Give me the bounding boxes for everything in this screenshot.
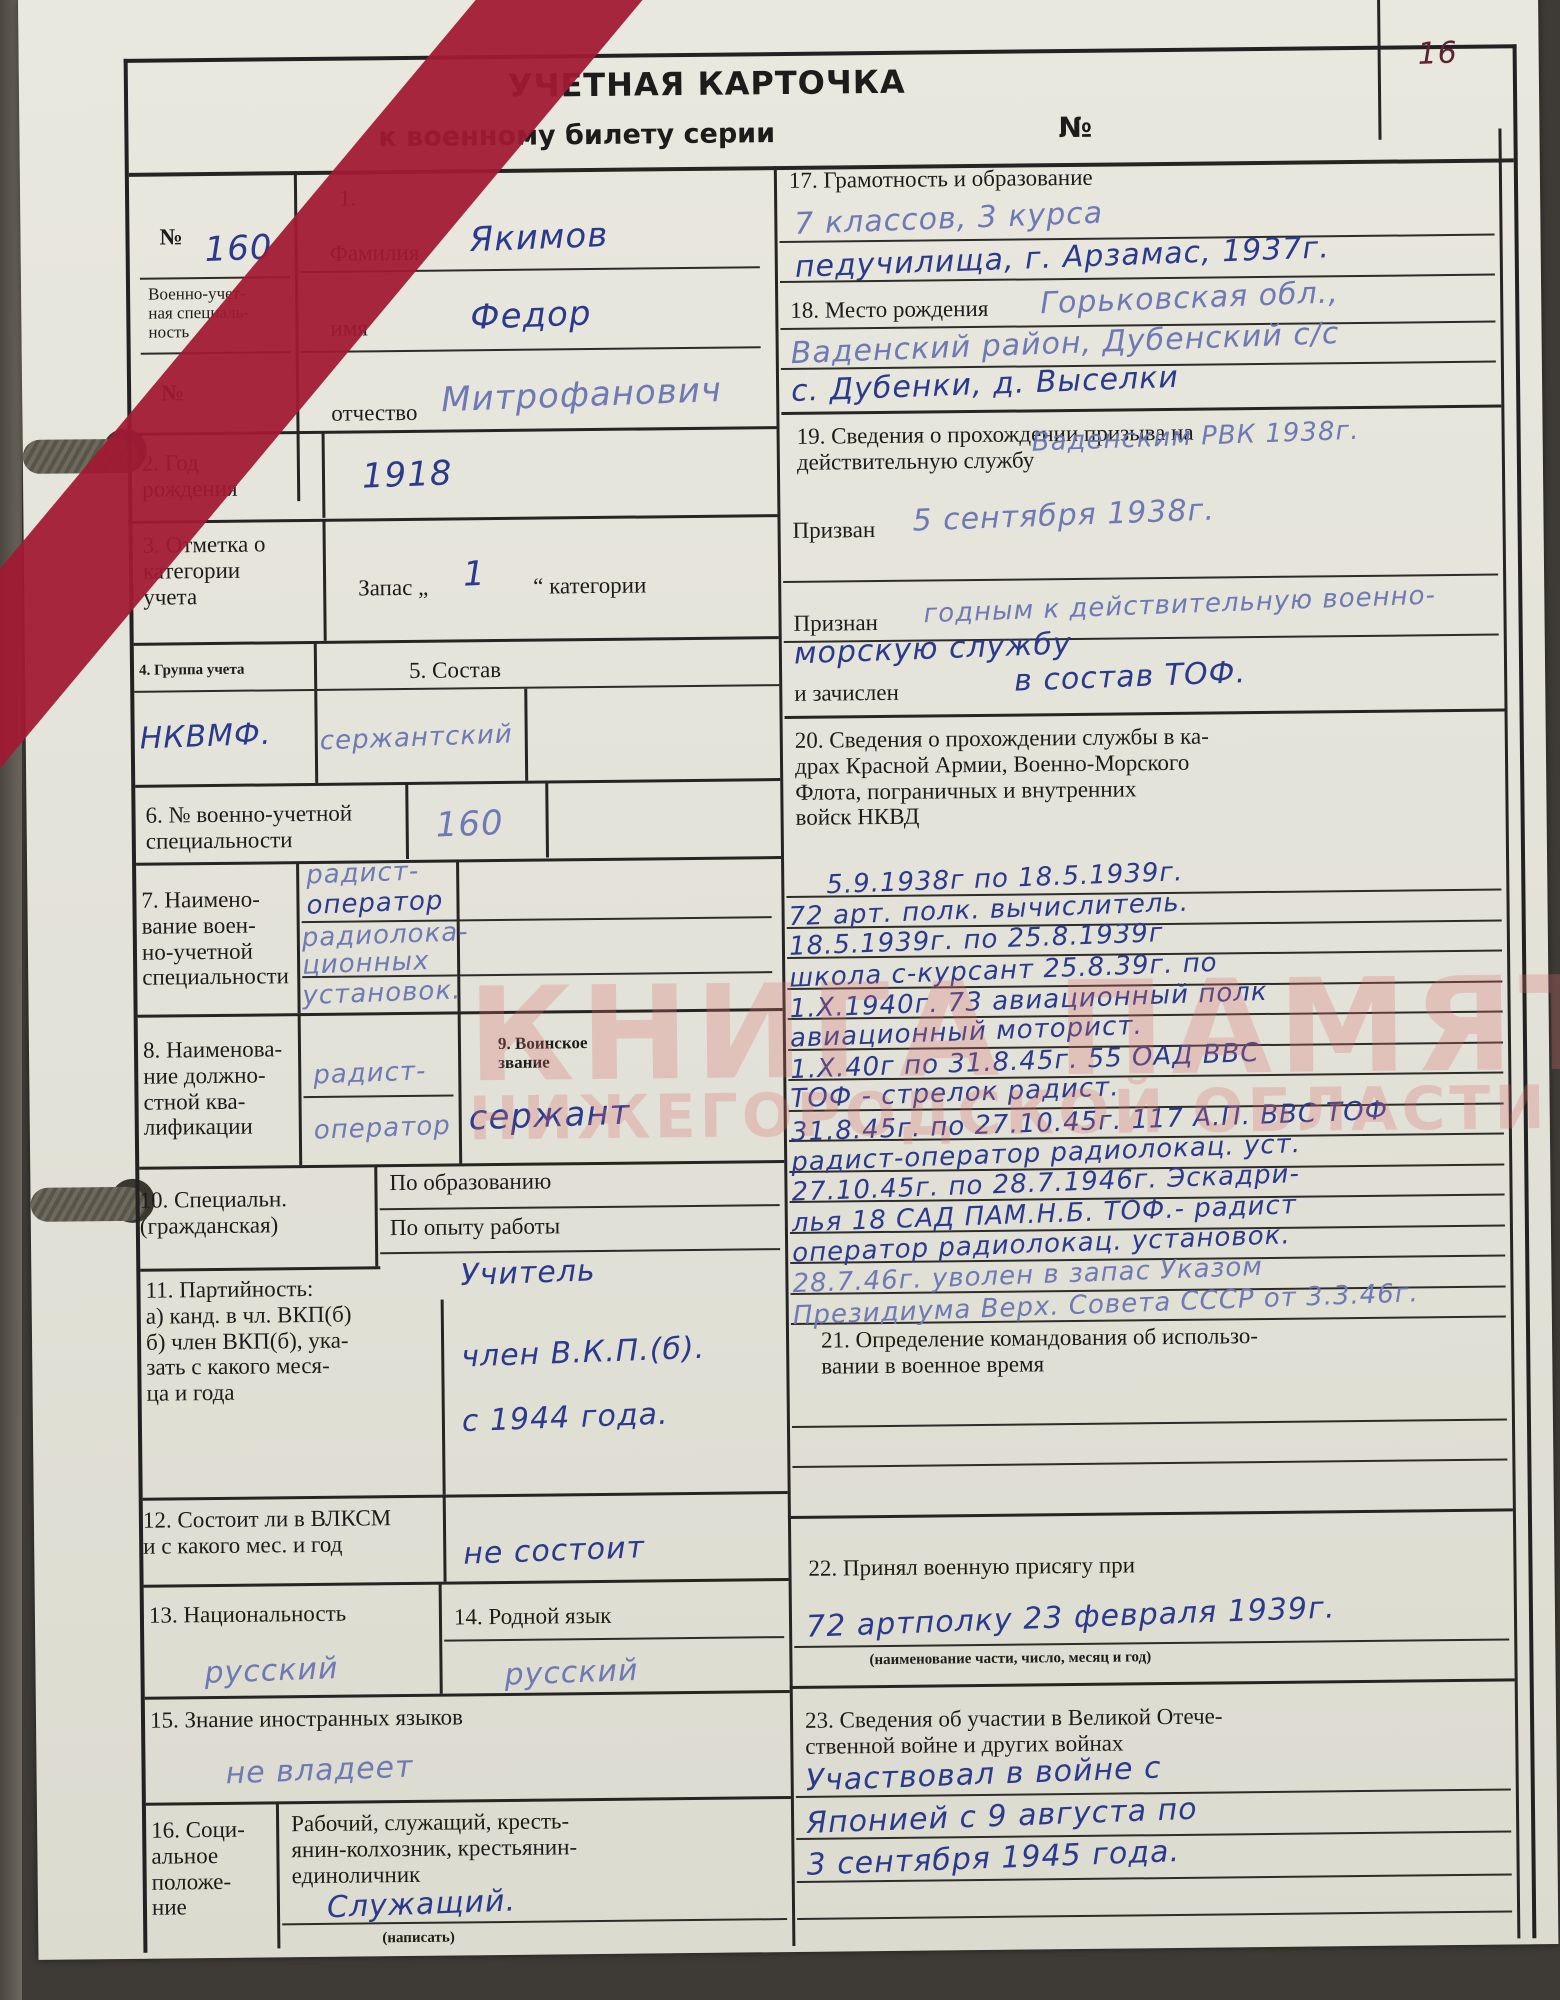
- grid-line: [322, 433, 326, 518]
- war-participation-line: Участвовал в войне с: [805, 1753, 1162, 1796]
- service-record-label: 20. Сведения о прохождении службы в ка- …: [795, 724, 1210, 831]
- nationality-value: русский: [204, 1654, 339, 1689]
- reserve-category-value: 1: [462, 557, 486, 592]
- group-label: 4. Группа учета: [139, 662, 245, 680]
- card-form: УЧЕТНАЯ КАРТОЧКА к военному билету серии…: [124, 44, 1537, 1952]
- enrolled-label: и зачислен: [794, 680, 899, 707]
- grid-line: [314, 643, 318, 783]
- reserve-prefix: Запас „: [358, 575, 428, 601]
- registration-card-page: УЧЕТНАЯ КАРТОЧКА к военному билету серии…: [18, 0, 1558, 1960]
- right-border: [1498, 128, 1520, 1938]
- grid-line: [134, 636, 779, 646]
- grid-line: [790, 1678, 1515, 1689]
- grid-line: [276, 1803, 281, 1948]
- grid-line: [797, 1910, 1512, 1919]
- rank-value: сержант: [468, 1096, 631, 1136]
- birth-year-value: 1918: [361, 456, 453, 493]
- nationality-label: 13. Национальность: [149, 1601, 347, 1629]
- card-no-value: 160: [204, 230, 273, 266]
- vus-name-line: радиолока-: [301, 919, 469, 951]
- by-experience-label: По опыту работы: [390, 1213, 560, 1241]
- position-label: 8. Наименова- ние должно- стной ква- лиф…: [143, 1036, 283, 1140]
- grid-line: [444, 1636, 784, 1642]
- grid-line: [545, 782, 549, 857]
- grid-line: [140, 1266, 380, 1272]
- foreign-languages-label: 15. Знание иностранных языков: [150, 1704, 463, 1733]
- party-line: член В.К.П.(б).: [461, 1334, 706, 1373]
- grid-line: [134, 684, 779, 693]
- staff-label: 5. Состав: [409, 657, 501, 684]
- grid-line: [785, 708, 1505, 719]
- grid-line: [524, 689, 528, 781]
- education-line: 7 классов, 3 курса: [794, 199, 1104, 240]
- rank-label: 9. Воинское звание: [498, 1033, 588, 1072]
- series-number-label: №: [1058, 111, 1092, 144]
- native-language-value: русский: [504, 1656, 639, 1691]
- grid-line: [374, 1166, 378, 1266]
- by-education-label: По образованию: [389, 1168, 551, 1195]
- native-language-label: 14. Родной язык: [454, 1603, 612, 1630]
- grid-line: [294, 171, 300, 501]
- grid-line: [405, 784, 409, 859]
- binding-string: [30, 1187, 145, 1222]
- grid-line: [380, 1204, 780, 1210]
- foreign-languages-value: не владеет: [225, 1753, 414, 1790]
- staff-value: сержантский: [319, 721, 513, 754]
- social-status-options: Рабочий, служащий, кресть- янин-колхозни…: [291, 1808, 578, 1888]
- vus-name-label: 7. Наимено- вание воен- но-учетной специ…: [141, 886, 289, 991]
- party-line: с 1944 года.: [461, 1400, 669, 1438]
- grid-line: [135, 778, 780, 788]
- social-status-hint: (написать): [382, 1930, 455, 1948]
- birth-year-label: 2. Год рождения: [142, 450, 238, 502]
- war-participation-line: 3 сентября 1945 года.: [806, 1837, 1180, 1881]
- name-label: имя: [330, 315, 368, 341]
- oath-label: 22. Принял военную присягу при: [808, 1552, 1135, 1581]
- vus-name-line: радист-: [306, 858, 420, 888]
- found-label: Признан: [793, 610, 878, 637]
- grid-line: [441, 1300, 446, 1495]
- position-line: оператор: [313, 1113, 451, 1144]
- grid-line: [301, 346, 761, 353]
- binding-string: [23, 439, 138, 474]
- komsomol-label: 12. Состоит ли в ВЛКСМ и с какого мес. и…: [143, 1505, 392, 1559]
- position-line: радист-: [313, 1058, 427, 1088]
- oath-value: 72 артполку 23 февраля 1939г.: [806, 1593, 1336, 1642]
- vus-name-line: оператор: [306, 888, 444, 919]
- grid-line: [300, 266, 760, 273]
- birthplace-line: Горьковская обл.,: [1040, 278, 1340, 319]
- grid-line: [443, 1497, 447, 1582]
- page-subtitle: к военному билету серии: [378, 118, 775, 153]
- education-label: 17. Грамотность и образование: [789, 165, 1093, 194]
- grid-line: [296, 863, 301, 1013]
- social-status-label: 16. Соци- альное положе- ние: [151, 1817, 246, 1921]
- grid-line: [788, 1508, 1513, 1519]
- civil-specialty-value: Учитель: [460, 1256, 596, 1291]
- surname-value: Якимов: [469, 218, 609, 257]
- birthplace-line: с. Дубенки, д. Выселки: [791, 363, 1180, 407]
- category-label: 3. Отметка о категории учета: [143, 531, 267, 610]
- social-status-value: Служащий.: [326, 1886, 516, 1923]
- vus-label: Военно-учет- ная специаль- ность: [148, 284, 249, 342]
- grid-line: [146, 1796, 791, 1806]
- corner-number: 16: [1417, 38, 1458, 69]
- found-value: годным к действительную военно-: [923, 582, 1436, 627]
- grid-line: [303, 1094, 453, 1098]
- vus-number-label: 6. № военно-учетной специальности: [145, 801, 352, 855]
- birthplace-label: 18. Место рождения: [790, 296, 988, 324]
- binder-edge: [0, 0, 22, 2000]
- grid-line: [458, 1013, 463, 1163]
- patronymic-label: отчество: [331, 400, 417, 427]
- service-record-entries: 5.9.1938г по 18.5.1939г.72 арт. полк. вы…: [128, 48, 1513, 63]
- called-value: 5 сентября 1938г.: [912, 496, 1215, 537]
- vus-number-value: 160: [435, 806, 504, 842]
- grid-line: [140, 276, 290, 280]
- reserve-suffix: “ категории: [533, 572, 646, 599]
- oath-hint: (наименование части, число, месяц и год): [869, 1649, 1151, 1669]
- grid-line: [792, 1458, 1507, 1467]
- grid-line: [132, 514, 777, 524]
- grid-line: [792, 1418, 1507, 1427]
- patronymic-value: Митрофанович: [441, 373, 723, 417]
- war-participation-line: Японией с 9 августа по: [806, 1795, 1198, 1839]
- enrolled-value: в состав ТОФ.: [1014, 658, 1247, 696]
- grid-line: [298, 1015, 303, 1165]
- party-label: 11. Партийность: а) канд. в чл. ВКП(б) б…: [145, 1276, 352, 1407]
- grid-line: [141, 351, 291, 355]
- grid-line: [322, 521, 326, 641]
- card-no-label: №: [159, 224, 182, 250]
- grid-line: [781, 404, 1501, 415]
- grid-line: [132, 426, 777, 436]
- corner-box-line: [1377, 0, 1382, 140]
- name-value: Федор: [470, 296, 592, 334]
- grid-line: [144, 1578, 789, 1588]
- vus-no-label: №: [161, 380, 184, 406]
- grid-line: [439, 1584, 443, 1694]
- called-label: Призван: [792, 517, 875, 544]
- vus-name-line: установок.: [302, 977, 462, 1009]
- grid-line: [145, 1690, 790, 1700]
- wartime-use-label: 21. Определение командования об использо…: [821, 1323, 1258, 1379]
- surname-label: Фамилия: [330, 240, 420, 267]
- civil-specialty-label: 10. Специальн. (гражданская): [139, 1186, 287, 1239]
- grid-line: [143, 1491, 788, 1501]
- group-value: НКВМФ.: [139, 720, 272, 755]
- page-title: УЧЕТНАЯ КАРТОЧКА: [508, 63, 906, 105]
- field-1-number: 1.: [339, 185, 357, 211]
- komsomol-value: не состоит: [463, 1533, 646, 1570]
